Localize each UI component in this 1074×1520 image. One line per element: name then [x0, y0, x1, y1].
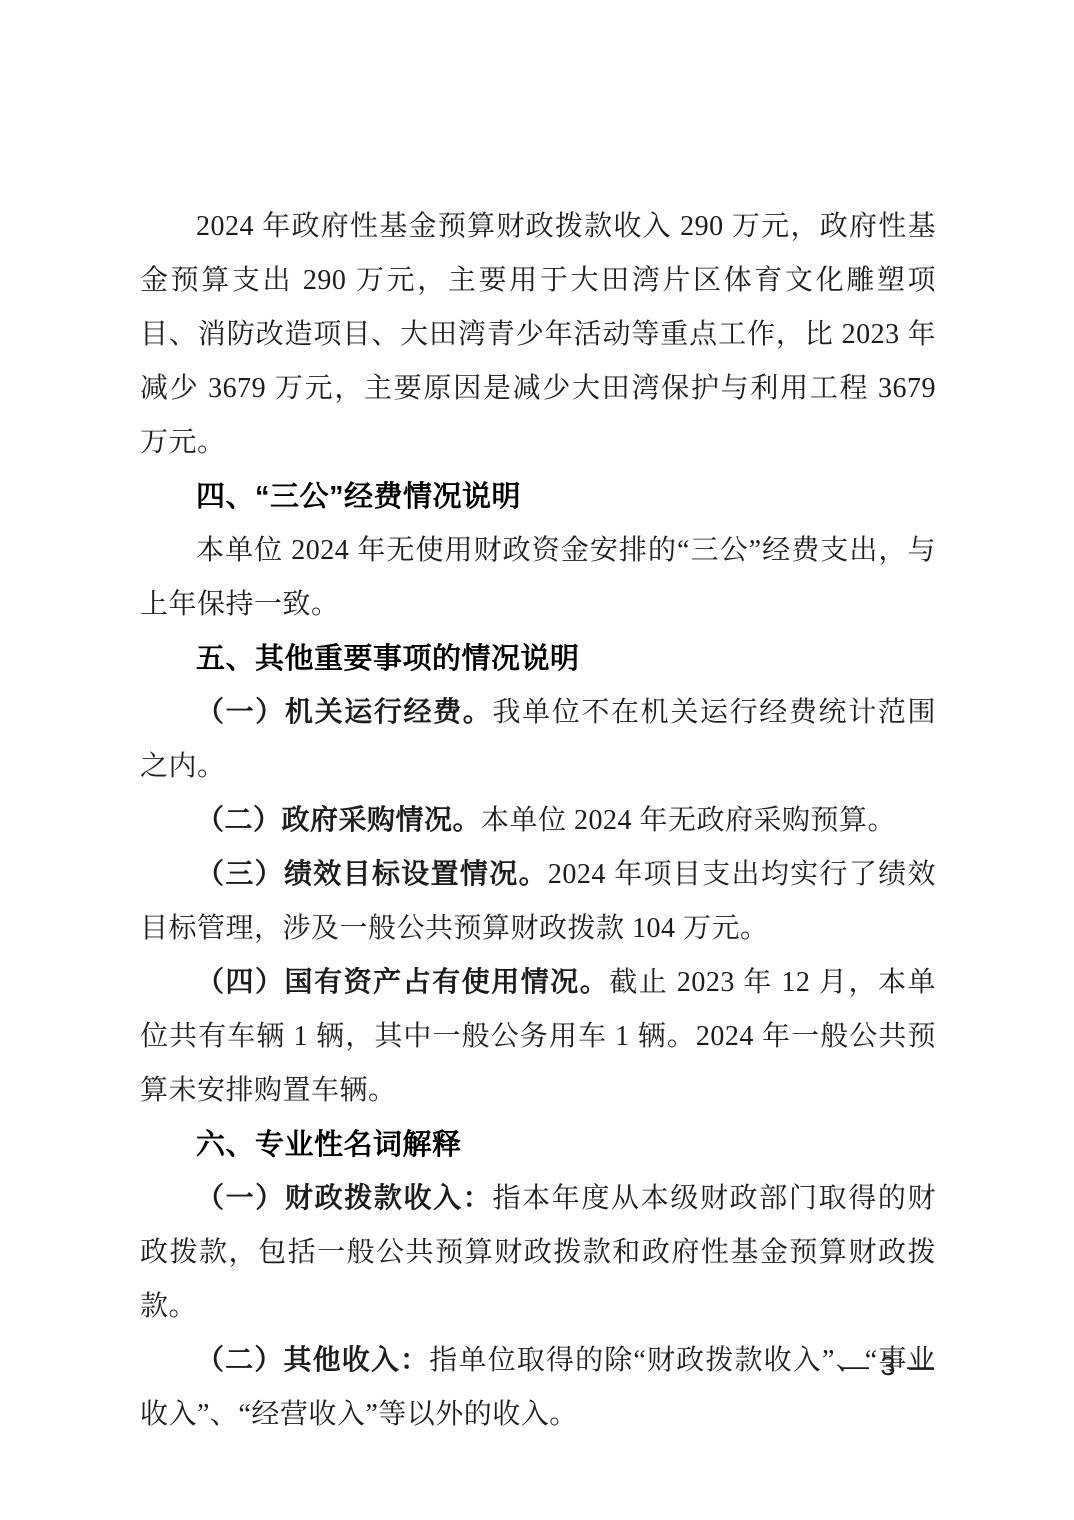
- page-number: — 3 —: [140, 1348, 936, 1384]
- paragraph-lead: （三）绩效目标设置情况。: [196, 859, 548, 890]
- heading-text: 五、其他重要事项的情况说明: [196, 643, 580, 675]
- heading-text: 四、“三公”经费情况说明: [196, 481, 521, 513]
- document-body: 2024 年政府性基金预算财政拨款收入 290 万元，政府性基金预算支出 290…: [140, 200, 936, 1442]
- paragraph-lead: （四）国有资产占有使用情况。: [196, 967, 609, 998]
- paragraph-fiscal-appropriation-income: （一）财政拨款收入：指本年度从本级财政部门取得的财政拨款，包括一般公共预算财政拨…: [140, 1172, 936, 1334]
- paragraph-lead: （一）机关运行经费。: [196, 697, 492, 728]
- section-heading-four-sangong: 四、“三公”经费情况说明: [140, 470, 936, 524]
- document-page: 2024 年政府性基金预算财政拨款收入 290 万元，政府性基金预算支出 290…: [0, 0, 1074, 1520]
- paragraph-lead: （二）政府采购情况。: [196, 805, 481, 836]
- paragraph-lead: （一）财政拨款收入：: [196, 1183, 492, 1214]
- paragraph-text: 2024 年政府性基金预算财政拨款收入 290 万元，政府性基金预算支出 290…: [140, 211, 936, 458]
- section-heading-five-other-items: 五、其他重要事项的情况说明: [140, 632, 936, 686]
- paragraph-text: 本单位 2024 年无政府采购预算。: [481, 805, 896, 836]
- paragraph-performance-targets: （三）绩效目标设置情况。2024 年项目支出均实行了绩效目标管理，涉及一般公共预…: [140, 848, 936, 956]
- paragraph-text: 本单位 2024 年无使用财政资金安排的“三公”经费支出，与上年保持一致。: [140, 535, 936, 620]
- paragraph-govt-fund-budget: 2024 年政府性基金预算财政拨款收入 290 万元，政府性基金预算支出 290…: [140, 200, 936, 470]
- paragraph-govt-procurement: （二）政府采购情况。本单位 2024 年无政府采购预算。: [140, 794, 936, 848]
- paragraph-sangong-expense: 本单位 2024 年无使用财政资金安排的“三公”经费支出，与上年保持一致。: [140, 524, 936, 632]
- section-heading-six-glossary: 六、专业性名词解释: [140, 1118, 936, 1172]
- paragraph-state-assets: （四）国有资产占有使用情况。截止 2023 年 12 月，本单位共有车辆 1 辆…: [140, 956, 936, 1118]
- heading-text: 六、专业性名词解释: [196, 1129, 462, 1161]
- paragraph-operating-expense: （一）机关运行经费。我单位不在机关运行经费统计范围之内。: [140, 686, 936, 794]
